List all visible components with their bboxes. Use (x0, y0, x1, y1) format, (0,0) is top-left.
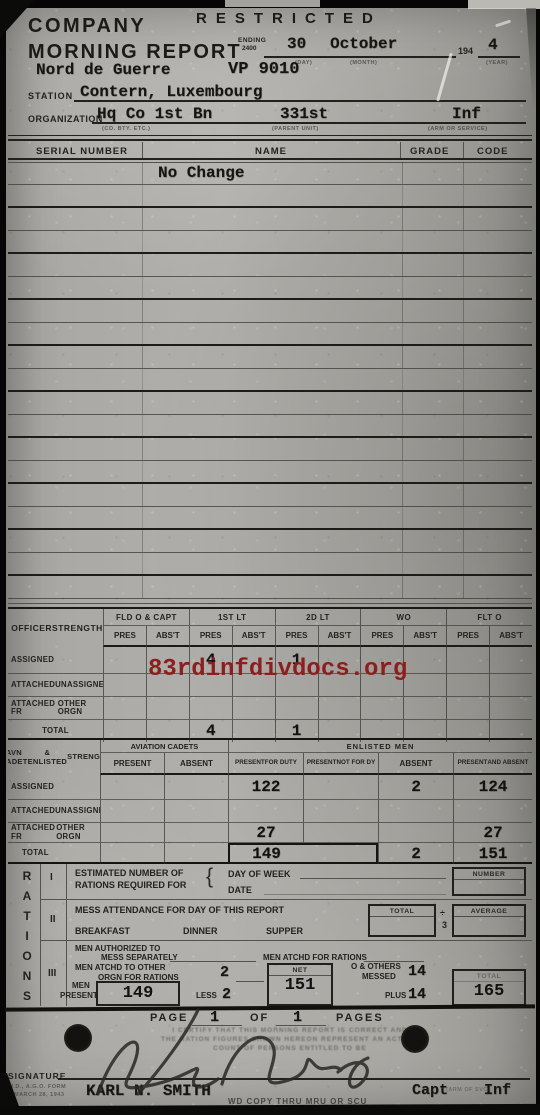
roster-row-divider (402, 162, 403, 184)
number-box-label: NUMBER (454, 869, 524, 880)
scan-edge-highlight-top2 (468, 0, 540, 9)
officer-cell (275, 697, 318, 720)
station-underline (74, 100, 526, 102)
roster-row (8, 254, 532, 277)
officer-row-label: ATTACHED FROTHER ORGN (8, 697, 103, 720)
others-label-2: MESSED (362, 972, 396, 981)
roster-row-divider (463, 438, 464, 460)
roster-row-divider (463, 300, 464, 322)
men-atchd-for-rations-label: MEN ATCHD FOR RATIONS (263, 953, 367, 962)
rations-hline-2 (40, 940, 532, 941)
date-label: DATE (228, 885, 252, 895)
roster-row-divider (463, 277, 464, 298)
date-underline (264, 56, 456, 58)
rations-letter: A (18, 886, 36, 906)
rations-estimated-label-1: ESTIMATED NUMBER OF (75, 868, 183, 878)
officer-cell (446, 720, 489, 742)
officer-group-header: FLT O (446, 609, 532, 626)
divisor: 3 (442, 920, 447, 930)
header-divider-thick (8, 139, 532, 141)
officer-cell (103, 674, 146, 697)
punch-hole-right (401, 1025, 429, 1053)
roster-row-divider (463, 162, 464, 184)
enlisted-strength-table: AVN CADET& ENLISTEDSTRENGTHAVIATION CADE… (8, 740, 532, 864)
roster-row (8, 277, 532, 300)
officer-cell (146, 697, 189, 720)
officer-subheader: ABS'T (403, 626, 446, 647)
roster-row-divider (402, 507, 403, 528)
enlisted-cell: 149 (228, 843, 303, 864)
officer-cell (446, 697, 489, 720)
rations-brace: { (206, 865, 213, 889)
atchd-other-value: 2 (220, 964, 229, 981)
officer-subheader: PRES (446, 626, 489, 647)
roster-row (8, 438, 532, 461)
rations-row3-numeral: III (48, 968, 56, 979)
year-underline (478, 56, 520, 58)
officer-cell (446, 647, 489, 674)
org-parent-sublabel: (PARENT UNIT) (272, 126, 319, 132)
roster-row (8, 576, 532, 599)
organization-arm-value: Inf (452, 105, 481, 123)
roster-row-divider (142, 484, 143, 506)
enlisted-cell (164, 800, 228, 823)
year-sublabel: (YEAR) (486, 60, 508, 66)
roster-row-divider (142, 346, 143, 368)
enlisted-cell: 151 (453, 843, 532, 864)
day-of-week-underline (300, 878, 446, 879)
officer-subheader: ABS'T (318, 626, 361, 647)
rations-total-value: 165 (454, 982, 524, 1002)
roster-row (8, 507, 532, 530)
roster-row-divider (463, 369, 464, 390)
station-label: STATION (28, 91, 73, 101)
roster-row-divider (463, 231, 464, 252)
roster-row-divider (142, 162, 143, 184)
men-label: MEN (72, 981, 90, 990)
mess-total-box: TOTAL (368, 904, 436, 937)
officer-subheader: PRES (275, 626, 318, 647)
roster-row-divider (142, 553, 143, 574)
roster-row-divider (142, 254, 143, 276)
officer-cell (232, 720, 275, 742)
net-value: 151 (269, 976, 331, 996)
cadet-subheader: PRESENT (100, 753, 164, 775)
roster-row-divider (142, 438, 143, 460)
men-authorized-label-2: MESS SEPARATELY (101, 953, 178, 962)
org-arm-sublabel: (ARM OR SERVICE) (428, 126, 488, 132)
roster-row (8, 231, 532, 254)
officer-subheader: ABS'T (146, 626, 189, 647)
grid-coordinate-value: VP 9010 (228, 60, 299, 79)
roster-row-divider (463, 415, 464, 436)
roster-row (8, 461, 532, 484)
dinner-label: DINNER (183, 926, 218, 936)
roster-row-divider (142, 231, 143, 252)
officer-cell (103, 697, 146, 720)
roster-row-divider (402, 553, 403, 574)
scan-edge-highlight-top1 (225, 0, 320, 7)
officer-cell (489, 697, 532, 720)
enlisted-cell (164, 823, 228, 843)
men-atchd-other-label-1: MEN ATCHD TO OTHER (75, 963, 166, 972)
roster-row (8, 323, 532, 346)
officer-subheader: PRES (189, 626, 232, 647)
roster-row-divider (402, 346, 403, 368)
roster-col-grade: GRADE (410, 146, 449, 157)
roster-row-divider (402, 461, 403, 482)
enlisted-cell: 2 (378, 775, 453, 800)
enlisted-row-label: TOTAL (8, 843, 100, 864)
roster-row-divider (463, 461, 464, 482)
roster-row-divider (402, 415, 403, 436)
officer-row-label: ASSIGNED (8, 647, 103, 674)
enlisted-cell (453, 800, 532, 823)
rations-letter: N (18, 966, 36, 986)
divide-sign: ÷ (440, 908, 445, 918)
rations-row1-numeral: I (50, 872, 53, 883)
form-title-line1: COMPANY (28, 15, 146, 38)
enlisted-cell (303, 775, 378, 800)
officer-cell: 4 (189, 720, 232, 742)
enlisted-cell (378, 823, 453, 843)
header-divider-thin (8, 135, 532, 136)
enlisted-subheader: PRESENTNOT FOR DY (303, 753, 378, 775)
officer-cell: 1 (275, 720, 318, 742)
roster-row-divider (142, 461, 143, 482)
roster-row (8, 553, 532, 576)
enlisted-cell (100, 843, 164, 864)
officer-subheader: PRES (103, 626, 146, 647)
officer-cell (318, 697, 361, 720)
roster-row (8, 484, 532, 507)
roster-row (8, 369, 532, 392)
roster-row-divider (463, 323, 464, 344)
officer-group-header: FLD O & CAPT (103, 609, 189, 626)
roster-row-divider (402, 254, 403, 276)
mess-total-box-label: TOTAL (370, 906, 434, 917)
enlisted-cell (100, 823, 164, 843)
grid-system-value: Nord de Guerre (36, 61, 170, 79)
roster-row-divider (402, 438, 403, 460)
plus-label: PLUS (385, 991, 406, 1000)
roster-row-divider (463, 392, 464, 414)
roster-row-divider (463, 346, 464, 368)
roster-row-divider (463, 185, 464, 206)
rations-letter: O (18, 946, 36, 966)
enlisted-cell: 27 (228, 823, 303, 843)
roster-row-divider (463, 484, 464, 506)
mess-average-box: AVERAGE (452, 904, 526, 937)
roster-row-divider (402, 277, 403, 298)
roster-row (8, 392, 532, 415)
roster-row-divider (402, 392, 403, 414)
others-messed-value: 14 (408, 963, 426, 980)
atchd-other-underline (236, 981, 264, 982)
rations-vline-1 (40, 864, 41, 1006)
report-month-value: October (330, 35, 397, 53)
ending-time: 2400 (242, 45, 256, 52)
report-day-value: 30 (287, 35, 306, 53)
roster-row-divider (402, 323, 403, 344)
officer-cell (403, 647, 446, 674)
rations-letter: T (18, 906, 36, 926)
officer-subheader: ABS'T (232, 626, 275, 647)
enlisted-cell: 2 (378, 843, 453, 864)
roster-row-divider (402, 530, 403, 552)
supper-label: SUPPER (266, 926, 303, 936)
officer-cell (403, 720, 446, 742)
roster-col-serial: SERIAL NUMBER (36, 146, 128, 157)
officer-cell (403, 674, 446, 697)
report-year-value: 4 (488, 36, 498, 54)
roster-row-divider (142, 277, 143, 298)
roster-row (8, 415, 532, 438)
rations-letter: S (18, 986, 36, 1006)
present-label: PRESENT (60, 991, 98, 1000)
enlisted-cell (100, 800, 164, 823)
roster-row-divider (402, 369, 403, 390)
rations-letter: R (18, 866, 36, 886)
officer-row-label: ATTACHEDUNASSIGNED (8, 674, 103, 697)
rations-estimated-label-2: RATIONS REQUIRED FOR (75, 880, 186, 890)
roster-row-divider (463, 553, 464, 574)
enlisted-cell: 124 (453, 775, 532, 800)
rations-total-box-label: TOTAL (454, 971, 524, 982)
roster-row (8, 162, 532, 185)
roster-empty-rows (8, 162, 532, 599)
roster-row-divider (402, 576, 403, 598)
rations-number-box: NUMBER (452, 867, 526, 896)
roster-row-divider (463, 576, 464, 598)
roster-row (8, 530, 532, 553)
month-sublabel: (MONTH) (350, 60, 377, 66)
officer-group-header: WO (360, 609, 446, 626)
roster-row-divider (402, 185, 403, 206)
men-authorized-label-1: MEN AUTHORIZED TO (75, 944, 160, 953)
less-label: LESS (196, 991, 217, 1000)
officer-cell (103, 647, 146, 674)
roster-row-divider (463, 530, 464, 552)
roster-row-divider (402, 231, 403, 252)
enlisted-group-header: ENLISTED MEN (228, 740, 532, 753)
officer-cell (446, 674, 489, 697)
rations-section: RATIONS I ESTIMATED NUMBER OF RATIONS RE… (8, 864, 532, 1006)
roster-row-divider (142, 576, 143, 598)
enlisted-row-label: ASSIGNED (8, 775, 100, 800)
org-unit-sublabel: (CO. BTY. ETC.) (102, 126, 150, 132)
roster-row-divider (142, 208, 143, 230)
rations-letter: I (18, 926, 36, 946)
officer-row-label: TOTAL (8, 720, 103, 742)
officer-cell (360, 697, 403, 720)
officer-cell (489, 720, 532, 742)
organization-unit-value: Hq Co 1st Bn (97, 105, 212, 123)
scanned-morning-report: COMPANY RESTRICTED MORNING REPORT ENDING… (0, 0, 540, 1115)
roster-row-divider (142, 530, 143, 552)
plus-value: 14 (408, 986, 426, 1003)
roster-row-divider (402, 300, 403, 322)
roster-row-divider (402, 484, 403, 506)
officer-cell (146, 720, 189, 742)
rations-vertical-label: RATIONS (18, 866, 36, 1006)
roster-row-divider (142, 392, 143, 414)
enlisted-cell (100, 775, 164, 800)
organization-parent-value: 331st (280, 105, 328, 123)
enlisted-subheader: PRESENTAND ABSENT (453, 753, 532, 775)
officer-cell (189, 697, 232, 720)
cadets-group-header: AVIATION CADETS (100, 740, 228, 753)
mess-separately-underline (170, 961, 256, 962)
officer-group-header: 2D LT (275, 609, 361, 626)
officer-cell (318, 720, 361, 742)
net-box-label: NET (269, 965, 331, 976)
handwritten-signature (48, 1000, 388, 1112)
roster-entry-no-change: No Change (158, 164, 244, 182)
others-label-1: O & OTHERS (351, 962, 401, 971)
enlisted-cell (164, 775, 228, 800)
enlisted-cell (303, 823, 378, 843)
roster-row-divider (142, 369, 143, 390)
day-of-week-label: DAY OF WEEK (228, 869, 291, 879)
roster-row-divider (142, 323, 143, 344)
rations-hline-1 (40, 899, 532, 900)
enlisted-cell (228, 800, 303, 823)
officer-subheader: PRES (360, 626, 403, 647)
year-printed-prefix: 194 (458, 46, 473, 56)
officer-cell (489, 674, 532, 697)
roster-row-divider (463, 254, 464, 276)
signer-arm: Inf (484, 1082, 511, 1099)
officer-subheader: ABS'T (489, 626, 532, 647)
officer-cell (103, 720, 146, 742)
officer-table-title: OFFICERSTRENGTH (8, 609, 103, 647)
roster-col-name: NAME (255, 146, 287, 157)
station-value: Contern, Luxembourg (80, 83, 262, 101)
enlisted-cell (164, 843, 228, 864)
roster-row-divider (142, 415, 143, 436)
enlisted-cell: 27 (453, 823, 532, 843)
roster-row (8, 300, 532, 323)
officer-cell (489, 647, 532, 674)
officer-group-header: 1ST LT (189, 609, 275, 626)
date-underline-2 (264, 894, 446, 895)
cadet-subheader: ABSENT (164, 753, 228, 775)
roster-row-divider (142, 300, 143, 322)
officer-cell (403, 697, 446, 720)
average-box-label: AVERAGE (454, 906, 524, 917)
enlisted-cell: 122 (228, 775, 303, 800)
roster-header-rule-1 (8, 158, 532, 160)
organization-underline (92, 122, 526, 124)
mess-attendance-label: MESS ATTENDANCE FOR DAY OF THIS REPORT (75, 905, 284, 915)
roster-row (8, 208, 532, 231)
enlisted-subheader: ABSENT (378, 753, 453, 775)
website-watermark: 83rdinfdivdocs.org (148, 656, 407, 683)
enlisted-row-label: ATTACHED FROTHER ORGN (8, 823, 100, 843)
rations-total-box: TOTAL 165 (452, 969, 526, 1006)
rations-vline-2 (66, 864, 67, 1006)
enlisted-subheader: PRESENTFOR DUTY (228, 753, 303, 775)
roster-col-code: CODE (477, 146, 508, 157)
breakfast-label: BREAKFAST (75, 926, 130, 936)
roster-row (8, 185, 532, 208)
roster-row-divider (142, 507, 143, 528)
roster-row (8, 346, 532, 369)
signer-grade: Capt (412, 1082, 448, 1099)
roster-row-divider (142, 185, 143, 206)
officer-cell (360, 720, 403, 742)
officer-table-top-thin (8, 603, 532, 604)
classification-marking: RESTRICTED (196, 10, 382, 27)
roster-row-divider (463, 507, 464, 528)
enlisted-cell (378, 800, 453, 823)
rations-row2-numeral: II (50, 914, 56, 925)
enlisted-cell (303, 800, 378, 823)
officer-cell (232, 697, 275, 720)
ending-label: ENDING (238, 37, 266, 44)
enlisted-row-label: ATTACHEDUNASSIGNED (8, 800, 100, 823)
enlisted-table-title: AVN CADET& ENLISTEDSTRENGTH (8, 740, 100, 775)
roster-row-divider (463, 208, 464, 230)
roster-row-divider (402, 208, 403, 230)
enlisted-cell (303, 843, 378, 864)
